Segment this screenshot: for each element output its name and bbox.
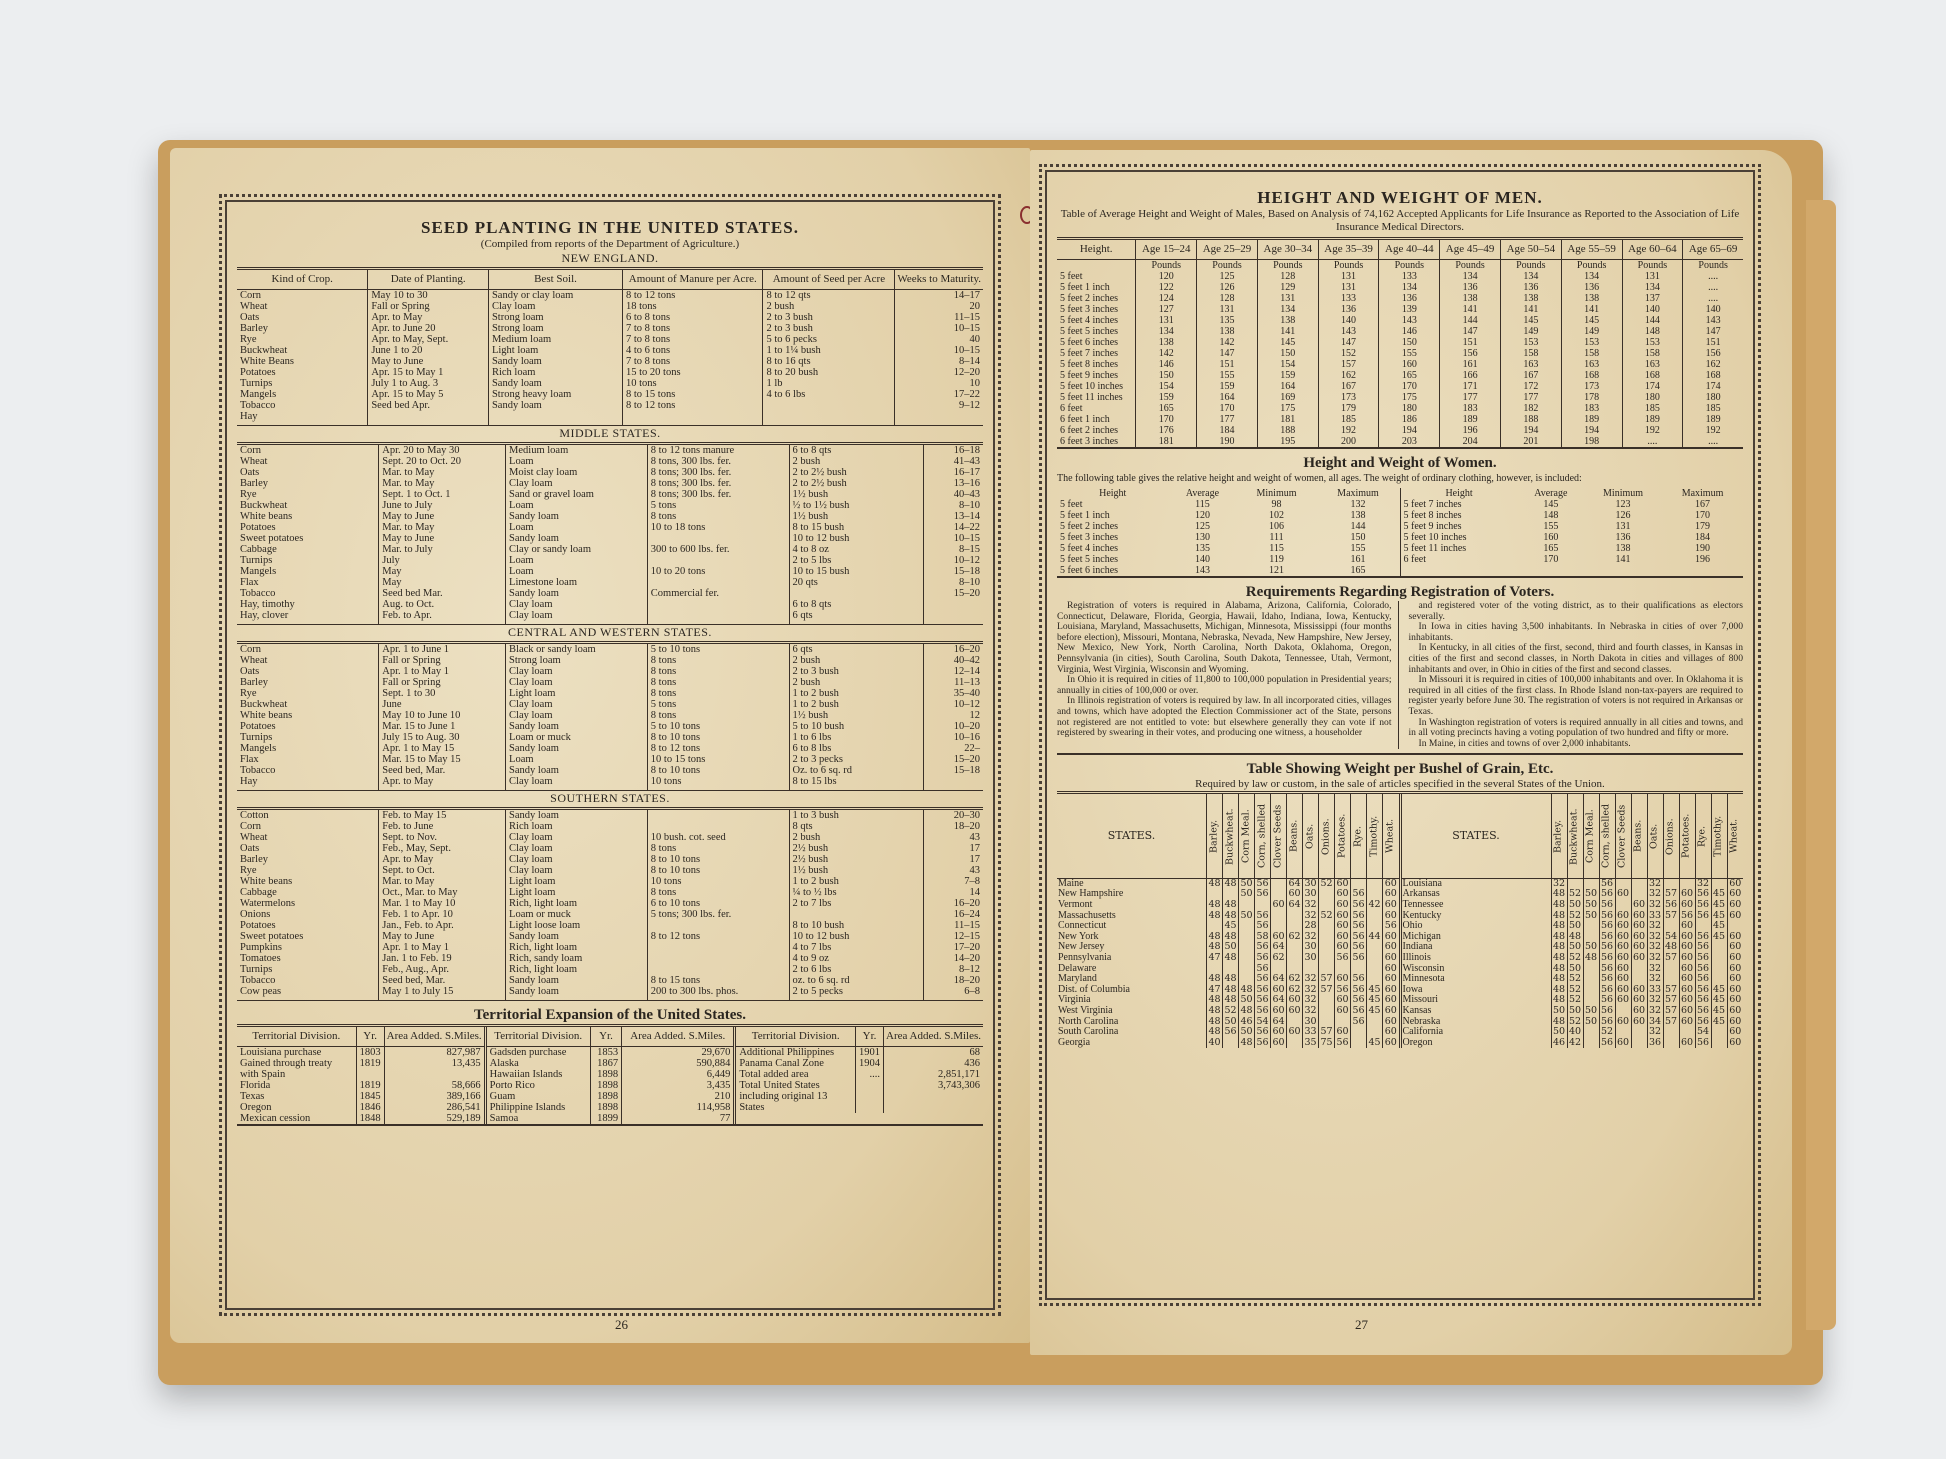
table-cell: 10 tons (647, 776, 789, 791)
table-cell: 16–20 (923, 644, 983, 655)
table-cell: 43 (923, 865, 983, 876)
bushel-title: Table Showing Weight per Bushel of Grain… (1057, 761, 1743, 778)
table-cell: July 1 to Aug. 3 (368, 378, 489, 389)
table-cell: 8 tons (647, 843, 789, 854)
table-cell: 60 (1383, 900, 1399, 911)
table-cell: 16–24 (923, 909, 983, 920)
table-cell: 5 feet 7 inches (1401, 499, 1518, 510)
table-cell: Apr. 1 to May 1 (379, 666, 506, 677)
table-cell: Tennessee (1402, 900, 1552, 911)
table-cell: Turnips (237, 732, 379, 743)
seed-table: Kind of Crop.Date of Planting.Best Soil.… (237, 270, 983, 426)
table-cell: Hay, clover (237, 610, 379, 625)
table-cell: Tobacco (237, 400, 368, 411)
table-cell (647, 577, 789, 588)
table-cell: 2 bush (763, 301, 895, 312)
table-cell: 168 (1683, 370, 1743, 381)
table-cell: 8 tons (647, 666, 789, 677)
table-cell: 50 (1551, 1006, 1567, 1017)
table-cell: Sweet potatoes (237, 533, 379, 544)
table-cell: 194 (1561, 425, 1622, 436)
table-row: CornApr. 1 to June 1Black or sandy loam5… (237, 644, 983, 655)
commodity-header: Potatoes. (1679, 794, 1695, 878)
table-cell: 1898 (590, 1091, 621, 1102)
table-cell: 40 (1207, 1038, 1223, 1049)
seed-planting-tables: NEW ENGLAND.Kind of Crop.Date of Plantin… (237, 251, 983, 1001)
column-header: Territorial Division. (487, 1027, 591, 1047)
table-cell: 151 (1440, 337, 1501, 348)
table-cell: 42 (1567, 1038, 1583, 1049)
table-cell: 1898 (590, 1102, 621, 1113)
table-row: CornFeb. to JuneRich loam8 qts18–20 (237, 821, 983, 832)
table-cell: 136 (1584, 532, 1662, 543)
table-cell: 153 (1561, 337, 1622, 348)
table-cell: 158 (1622, 348, 1683, 359)
table-cell: 5 to 10 tons (647, 644, 789, 655)
table-cell: 106 (1236, 521, 1316, 532)
table-row: White beansMay to JuneSandy loam8 tons1½… (237, 511, 983, 522)
table-row: Gained through treaty with Spain181913,4… (237, 1058, 484, 1080)
table-cell: 137 (1622, 293, 1683, 304)
table-cell (1239, 953, 1255, 964)
table-cell: 158 (1561, 348, 1622, 359)
table-cell: 153 (1500, 337, 1561, 348)
table-row: Cow peasMay 1 to July 15Sandy loam200 to… (237, 986, 983, 1001)
table-cell (1287, 1038, 1303, 1049)
table-cell: Alaska (487, 1058, 591, 1069)
table-cell: 134 (1561, 271, 1622, 282)
table-cell: 10–16 (923, 732, 983, 743)
table-row: PumpkinsApr. 1 to May 1Rich, light loam4… (237, 942, 983, 953)
table-cell: 6 feet 1 inch (1057, 414, 1136, 425)
table-cell: 1 to 2 bush (789, 699, 923, 710)
table-cell (623, 411, 763, 426)
table-cell: 151 (1197, 359, 1258, 370)
table-cell: Commercial fer. (647, 588, 789, 599)
table-row: 5 feet 10 inches160136184 (1401, 532, 1744, 543)
table-cell: Strong loam (506, 655, 648, 666)
table-cell: 11–13 (923, 677, 983, 688)
table-cell (1583, 1027, 1599, 1038)
table-cell: 177 (1440, 392, 1501, 403)
table-row: TurnipsJulyLoam2 to 5 lbs10–12 (237, 555, 983, 566)
table-cell: Corn (237, 445, 379, 456)
column-header: Territorial Division. (736, 1027, 855, 1047)
table-cell: 140 (1168, 554, 1236, 565)
table-cell: 134 (1136, 326, 1197, 337)
table-cell: 8 to 10 tons (647, 865, 789, 876)
page-number-left: 26 (615, 1317, 628, 1333)
table-row: Georgia404856603575564560 (1057, 1038, 1399, 1049)
table-cell: 184 (1197, 425, 1258, 436)
table-cell: Wheat (237, 832, 379, 843)
table-row: Kansas5050505660325760564560 (1402, 1006, 1744, 1017)
table-cell: 16–17 (923, 467, 983, 478)
unit-row: PoundsPoundsPoundsPoundsPoundsPoundsPoun… (1057, 260, 1743, 272)
commodity-header: Timothy. (1367, 794, 1383, 878)
table-cell (1239, 932, 1255, 943)
table-cell: 10–12 (923, 699, 983, 710)
table-row: 5 feet 8 inches1461511541571601611631631… (1057, 359, 1743, 370)
table-cell: 1898 (590, 1069, 621, 1080)
table-cell: 5 feet 3 inches (1057, 532, 1168, 543)
table-cell: Black or sandy loam (506, 644, 648, 655)
table-cell: 1898 (590, 1080, 621, 1091)
table-row: Hay (237, 411, 983, 426)
table-cell: 185 (1622, 403, 1683, 414)
table-cell: Seed bed, Mar. (379, 975, 506, 986)
table-cell: 159 (1257, 370, 1318, 381)
table-cell: 10 to 20 tons (647, 566, 789, 577)
table-cell: 143 (1168, 565, 1236, 576)
table-cell: .... (1683, 271, 1743, 282)
table-cell: Sandy loam (506, 810, 648, 821)
table-cell: 8 to 15 tons (623, 389, 763, 400)
table-cell: 2½ bush (789, 843, 923, 854)
table-cell: Mangels (237, 566, 379, 577)
table-cell: 170 (1136, 414, 1197, 425)
table-cell: 60 (1679, 1017, 1695, 1028)
table-cell: 165 (1379, 370, 1440, 381)
table-cell: 60 (1631, 1017, 1647, 1028)
table-cell: Loam (506, 566, 648, 577)
table-cell: 45 (1711, 1017, 1727, 1028)
table-cell (1319, 953, 1335, 964)
table-cell: 45 (1367, 1038, 1383, 1049)
table-cell: Apr. 15 to May 1 (368, 367, 489, 378)
table-row: OatsMar. to MayMoist clay loam8 tons; 30… (237, 467, 983, 478)
commodity-header: Wheat. (1383, 794, 1399, 878)
table-cell: 150 (1257, 348, 1318, 359)
table-cell: 286,541 (384, 1102, 484, 1113)
commodity-header: Clover Seeds (1271, 794, 1287, 878)
table-row: 5 feet 9 inches155131179 (1401, 521, 1744, 532)
table-cell: Apr. 1 to June 1 (379, 644, 506, 655)
table-cell: 10–15 (895, 323, 983, 334)
table-cell (647, 555, 789, 566)
territorial-column: Territorial Division.Yr.Area Added. S.Mi… (237, 1027, 487, 1124)
table-cell: Light loose loam (506, 920, 648, 931)
table-cell: 190 (1662, 543, 1743, 554)
table-cell: Aug. to Oct. (379, 599, 506, 610)
table-cell: 50 (1583, 1017, 1599, 1028)
table-cell: Light loam (506, 887, 648, 898)
table-cell: 149 (1561, 326, 1622, 337)
header-row: HeightAverageMinimumMaximum (1401, 488, 1744, 499)
table-cell: Strong loam (488, 323, 622, 334)
unit-label: Pounds (1257, 260, 1318, 272)
table-cell: 8 tons (647, 887, 789, 898)
table-cell: 1819 (356, 1058, 384, 1080)
bushel-subtable: STATES.Barley.Buckwheat.Corn Meal.Corn, … (1402, 794, 1744, 1048)
table-row: 5 feet 3 inches1271311341361391411411411… (1057, 304, 1743, 315)
table-cell: 145 (1561, 315, 1622, 326)
table-cell: Watermelons (237, 898, 379, 909)
territorial-title: Territorial Expansion of the United Stat… (237, 1007, 983, 1024)
table-cell: 138 (1197, 326, 1258, 337)
table-row: 5 feet 2 inches1241281311331361381381381… (1057, 293, 1743, 304)
table-cell: 179 (1318, 403, 1379, 414)
column-header: Minimum (1236, 488, 1316, 499)
table-cell (1367, 1017, 1383, 1028)
table-cell: 120 (1168, 510, 1236, 521)
table-cell (1271, 878, 1287, 889)
table-cell: 10 tons (623, 378, 763, 389)
table-cell: 56 (1695, 953, 1711, 964)
commodity-header: Corn, shelled (1599, 794, 1615, 878)
table-cell: 186 (1379, 414, 1440, 425)
table-cell: Vermont (1057, 900, 1207, 911)
table-cell (1367, 911, 1383, 922)
table-cell: 60 (1335, 900, 1351, 911)
territorial-subtable: Territorial Division.Yr.Area Added. S.Mi… (736, 1027, 983, 1113)
table-cell: 177 (1197, 414, 1258, 425)
table-cell: 56 (1351, 953, 1367, 964)
table-cell: Gained through treaty with Spain (237, 1058, 356, 1080)
table-cell: 8 to 10 tons (647, 732, 789, 743)
table-cell: .... (1683, 293, 1743, 304)
table-cell: 160 (1379, 359, 1440, 370)
table-cell: 5 feet 3 inches (1057, 304, 1136, 315)
table-cell: 1901 (856, 1047, 884, 1059)
table-cell: 152 (1318, 348, 1379, 359)
table-cell: 62 (1287, 932, 1303, 943)
table-cell: 48 (1223, 878, 1239, 889)
table-cell: 48 (1207, 1006, 1223, 1017)
table-cell: May to June (379, 931, 506, 942)
table-cell: 8 to 15 tons (647, 975, 789, 986)
table-row: WheatFall or SpringClay loam18 tons2 bus… (237, 301, 983, 312)
table-cell (1223, 1038, 1239, 1049)
territorial-column: Territorial Division.Yr.Area Added. S.Mi… (487, 1027, 737, 1124)
table-cell: 60 (1383, 953, 1399, 964)
table-cell: 135 (1168, 543, 1236, 554)
table-cell: 56 (1599, 1038, 1615, 1049)
table-cell: 389,166 (384, 1091, 484, 1102)
table-row: 5 feet 11 inches165138190 (1401, 543, 1744, 554)
table-cell: 192 (1318, 425, 1379, 436)
table-cell: 56 (1663, 900, 1679, 911)
table-row: 6 feet 2 inches1761841881921941961941941… (1057, 425, 1743, 436)
table-cell (1583, 985, 1599, 996)
table-cell: .... (1683, 282, 1743, 293)
table-cell: 18 tons (623, 301, 763, 312)
table-cell: 158 (1500, 348, 1561, 359)
table-cell: White beans (237, 511, 379, 522)
table-cell (1239, 942, 1255, 953)
table-cell: 135 (1197, 315, 1258, 326)
unit-label: Pounds (1622, 260, 1683, 272)
women-intro: The following table gives the relative h… (1057, 472, 1743, 485)
table-cell: 210 (622, 1091, 734, 1102)
table-cell: Sept. to Oct. (379, 865, 506, 876)
table-cell: 14 (923, 887, 983, 898)
table-cell: 5 feet 11 inches (1057, 392, 1136, 403)
table-row: 5 feet 10 inches154159164167170171172173… (1057, 381, 1743, 392)
table-cell: 12–15 (923, 931, 983, 942)
table-cell: 10–15 (923, 533, 983, 544)
table-cell: 1845 (356, 1091, 384, 1102)
table-cell: 12–20 (895, 367, 983, 378)
commodity-header: Clover Seeds (1615, 794, 1631, 878)
table-cell: Rich, light loam (506, 964, 648, 975)
table-cell: 155 (1379, 348, 1440, 359)
table-cell: 10–12 (923, 555, 983, 566)
table-cell: 50 (1567, 900, 1583, 911)
table-cell: 56 (1335, 953, 1351, 964)
table-cell: 131 (1584, 521, 1662, 532)
table-cell (1239, 900, 1255, 911)
seed-planting-subtitle: (Compiled from reports of the Department… (237, 238, 983, 251)
table-cell: 56 (1223, 1027, 1239, 1038)
commodity-header: Oats. (1303, 794, 1319, 878)
right-page: HEIGHT AND WEIGHT OF MEN. Table of Avera… (1030, 150, 1792, 1355)
column-header: Weeks to Maturity. (895, 270, 983, 290)
table-cell: Sandy loam (506, 588, 648, 599)
table-cell: 164 (1257, 381, 1318, 392)
table-cell: 115 (1236, 543, 1316, 554)
table-cell: 10 to 15 tons (647, 754, 789, 765)
table-cell: 1½ bush (789, 511, 923, 522)
table-cell (1367, 953, 1383, 964)
table-cell: Gadsden purchase (487, 1047, 591, 1059)
table-cell: Barley (237, 854, 379, 865)
table-cell: 139 (1379, 304, 1440, 315)
table-cell: 56 (1351, 1017, 1367, 1028)
table-row: WatermelonsMar. 1 to May 10Rich, light l… (237, 898, 983, 909)
seed-table: CornApr. 20 to May 30Medium loam8 to 12 … (237, 445, 983, 625)
left-page: SEED PLANTING IN THE UNITED STATES. (Com… (170, 148, 1030, 1343)
table-row: OatsFeb., May, Sept.Clay loam8 tons2½ bu… (237, 843, 983, 854)
table-cell: 170 (1197, 403, 1258, 414)
table-row: TurnipsFeb., Aug., Apr.Rich, light loam2… (237, 964, 983, 975)
table-cell: 16–20 (923, 898, 983, 909)
table-cell: 147 (1440, 326, 1501, 337)
table-cell: Sandy loam (506, 743, 648, 754)
table-cell: 195 (1257, 436, 1318, 448)
header-row: Height.Age 15–24Age 25–29Age 30–34Age 35… (1057, 239, 1743, 260)
age-header: Age 45–49 (1440, 239, 1501, 260)
table-cell: 5 tons (647, 699, 789, 710)
table-row: 5 feet120125128131133134134134131.... (1057, 271, 1743, 282)
seed-planting-title: SEED PLANTING IN THE UNITED STATES. (237, 218, 983, 238)
table-row: TobaccoSeed bed, Mar.Sandy loam8 to 10 t… (237, 765, 983, 776)
table-cell: 5 feet 6 inches (1057, 565, 1168, 576)
header-row: Territorial Division.Yr.Area Added. S.Mi… (487, 1027, 734, 1047)
column-header: Height. (1057, 239, 1136, 260)
table-cell: 60 (1287, 1027, 1303, 1038)
table-cell: 32 (1647, 1006, 1663, 1017)
column-header: Yr. (356, 1027, 384, 1047)
table-row: Total United States including original 1… (736, 1080, 983, 1113)
table-cell: Mar. to May (379, 522, 506, 533)
table-cell: Sandy loam (506, 721, 648, 732)
table-cell: 8 to 10 tons (647, 854, 789, 865)
column-header: Amount of Seed per Acre (763, 270, 895, 290)
table-cell: 57 (1663, 911, 1679, 922)
table-cell: 170 (1662, 510, 1743, 521)
table-cell: 194 (1500, 425, 1561, 436)
table-cell: 2 to 5 lbs (789, 555, 923, 566)
table-cell: Sandy loam (506, 765, 648, 776)
table-cell: 141 (1440, 304, 1501, 315)
table-cell: 60 (1631, 900, 1647, 911)
table-cell: 56 (1599, 953, 1615, 964)
commodity-header: Beans. (1287, 794, 1303, 878)
table-cell: Feb. to May 15 (379, 810, 506, 821)
table-cell (1319, 942, 1335, 953)
table-cell: 2 to 2½ bush (789, 467, 923, 478)
table-cell: ½ to 1½ bush (789, 500, 923, 511)
table-cell: .... (856, 1069, 884, 1080)
table-cell: 60 (1727, 900, 1743, 911)
table-cell: 115 (1168, 499, 1236, 510)
table-row: Panama Canal Zone1904436 (736, 1058, 983, 1069)
table-cell: 60 (1727, 1006, 1743, 1017)
table-cell: 138 (1561, 293, 1622, 304)
table-row: 5 feet 9 inches1501551591621651661671681… (1057, 370, 1743, 381)
table-cell: Buckwheat (237, 500, 379, 511)
table-cell: Clay loam (488, 301, 622, 312)
table-row: Oregon4642566036605660 (1402, 1038, 1744, 1049)
table-row: 5 feet 1 inch122126129131134136136136134… (1057, 282, 1743, 293)
table-cell: 138 (1584, 543, 1662, 554)
table-cell (1351, 1038, 1367, 1049)
table-cell: 48 (1239, 1006, 1255, 1017)
table-cell: Potatoes (237, 920, 379, 931)
table-cell (789, 588, 923, 599)
table-cell: 56 (1255, 1038, 1271, 1049)
table-cell: 203 (1379, 436, 1440, 448)
table-row: MangelsApr. 1 to May 15Sandy loam8 to 12… (237, 743, 983, 754)
table-cell (923, 599, 983, 610)
table-cell: Rich, light loam (506, 942, 648, 953)
table-cell: 5 feet 2 inches (1057, 293, 1136, 304)
table-cell: 163 (1622, 359, 1683, 370)
table-cell: 180 (1622, 392, 1683, 403)
table-cell: 8 tons, 300 lbs. fer. (647, 456, 789, 467)
unit-label: Pounds (1683, 260, 1743, 272)
table-cell: 827,987 (384, 1047, 484, 1059)
table-cell: 182 (1500, 403, 1561, 414)
table-cell: 134 (1379, 282, 1440, 293)
wavy-border-frame: SEED PLANTING IN THE UNITED STATES. (Com… (225, 200, 995, 1310)
table-row: RyeSept. to Oct.Clay loam8 to 10 tons1½ … (237, 865, 983, 876)
table-cell: July (379, 555, 506, 566)
commodity-header: Barley. (1207, 794, 1223, 878)
table-cell: 3,435 (622, 1080, 734, 1091)
table-cell: 3,743,306 (884, 1080, 984, 1113)
table-row: PotatoesMar. 15 to June 1Sandy loam5 to … (237, 721, 983, 732)
voters-title: Requirements Regarding Registration of V… (1057, 584, 1743, 601)
voters-paragraph: In Iowa in cities having 3,500 inhabitan… (1409, 622, 1744, 643)
table-cell: 155 (1197, 370, 1258, 381)
table-cell: 56 (1695, 911, 1711, 922)
table-cell: 145 (1257, 337, 1318, 348)
table-cell: Oz. to 6 sq. rd (789, 765, 923, 776)
table-row: 5 feet 7 inches1421471501521551561581581… (1057, 348, 1743, 359)
table-cell: 5 tons; 300 lbs. fer. (647, 909, 789, 920)
men-title: HEIGHT AND WEIGHT OF MEN. (1057, 188, 1743, 208)
table-cell: 146 (1379, 326, 1440, 337)
table-cell (1631, 878, 1647, 889)
women-title: Height and Weight of Women. (1057, 455, 1743, 472)
table-cell (1631, 1038, 1647, 1049)
women-subtable: HeightAverageMinimumMaximum5 feet1159813… (1057, 488, 1400, 576)
column-header: Minimum (1584, 488, 1662, 499)
table-cell: 98 (1236, 499, 1316, 510)
table-cell: 15–20 (923, 588, 983, 599)
